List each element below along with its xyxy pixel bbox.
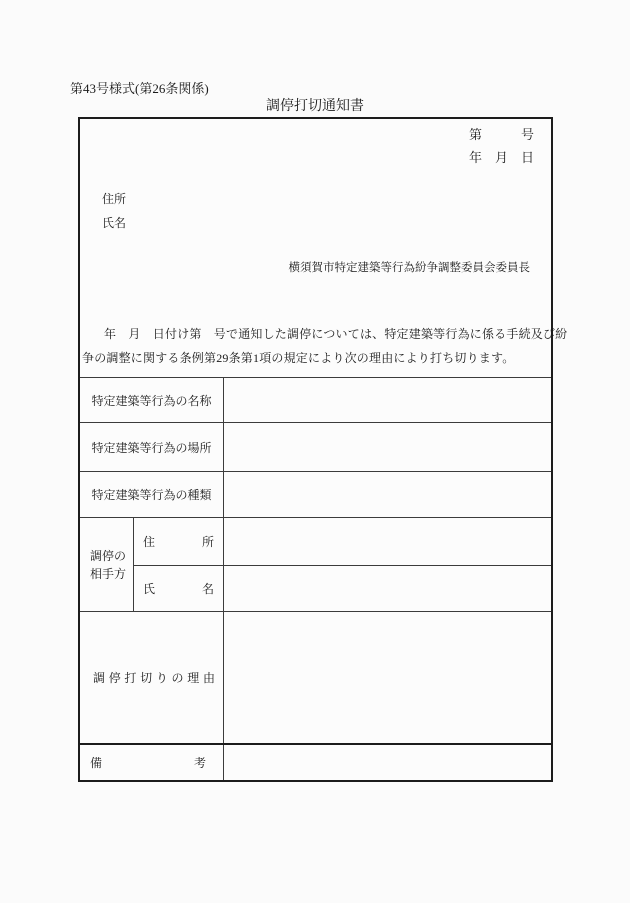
recipient-address-label: 住所 <box>102 190 126 207</box>
row-value-discontinuation-reason <box>224 612 551 743</box>
row-label-act-type: 特定建築等行為の種類 <box>80 472 224 517</box>
subrow-value-party-address <box>224 518 551 565</box>
committee-chair-line: 横須賀市特定建築等行為紛争調整委員会委員長 <box>289 259 531 275</box>
body-text-line-1: 年 月 日付け第 号で通知した調停については、特定建築等行為に係る手続及び紛 <box>104 325 567 342</box>
subrow-label-party-name: 氏名 <box>134 566 224 612</box>
document-number-line: 第 号 <box>469 124 534 143</box>
form-border-box: 第 号 年 月 日 住所 氏名 横須賀市特定建築等行為紛争調整委員会委員長 年 … <box>78 117 553 782</box>
row-label-remarks: 備考 <box>80 745 224 780</box>
issue-date-line: 年 月 日 <box>469 147 534 166</box>
table-row-act-location: 特定建築等行為の場所 <box>80 422 551 471</box>
document-title: 調停打切通知書 <box>0 95 630 115</box>
table-row-party-group: 調停の相手方 住所 氏名 <box>80 517 551 611</box>
row-value-act-type <box>224 472 551 517</box>
form-table: 特定建築等行為の名称 特定建築等行為の場所 特定建築等行為の種類 調停の相手方 … <box>80 377 551 780</box>
table-row-remarks: 備考 <box>80 743 551 780</box>
table-row-act-name: 特定建築等行為の名称 <box>80 377 551 422</box>
row-label-act-location: 特定建築等行為の場所 <box>80 423 224 471</box>
row-value-act-name <box>224 378 551 422</box>
subrow-label-party-address: 住所 <box>134 518 224 565</box>
row-label-act-name: 特定建築等行為の名称 <box>80 378 224 422</box>
table-row-discontinuation-reason: 調停打切りの理由 <box>80 611 551 743</box>
party-group-subrows: 住所 氏名 <box>134 518 551 611</box>
row-label-discontinuation-reason: 調停打切りの理由 <box>80 612 224 743</box>
body-text-line-2: 争の調整に関する条例第29条第1項の規定により次の理由により打ち切ります。 <box>82 349 514 366</box>
table-subrow-party-address: 住所 <box>134 518 551 565</box>
table-subrow-party-name: 氏名 <box>134 565 551 612</box>
row-value-remarks <box>224 745 551 780</box>
party-group-label: 調停の相手方 <box>80 518 134 611</box>
subrow-value-party-name <box>224 566 551 612</box>
table-row-act-type: 特定建築等行為の種類 <box>80 471 551 517</box>
row-value-act-location <box>224 423 551 471</box>
document-page: 第43号様式(第26条関係) 調停打切通知書 第 号 年 月 日 住所 氏名 横… <box>0 0 630 903</box>
recipient-name-label: 氏名 <box>102 214 126 231</box>
